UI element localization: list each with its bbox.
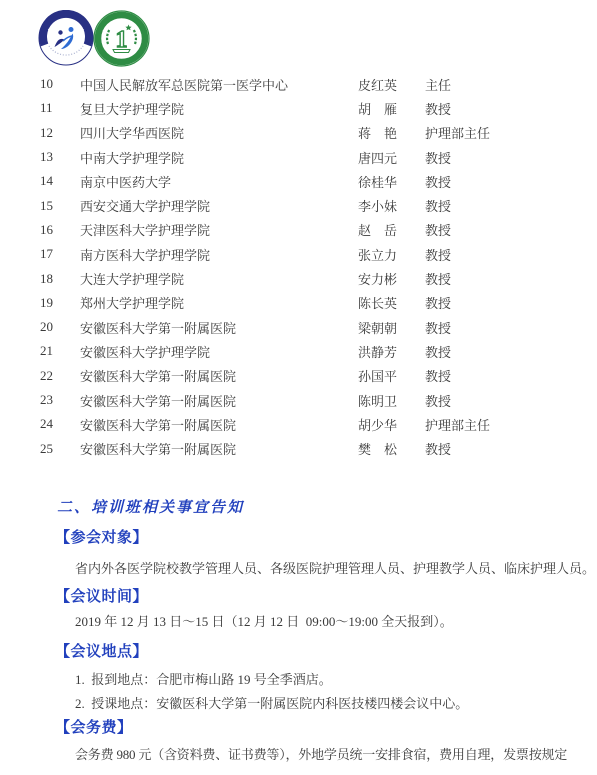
row-number: 14	[40, 173, 80, 189]
table-row: 14 南京中医药大学 徐桂华 教授	[40, 169, 557, 193]
row-number: 18	[40, 271, 80, 287]
meeting-location-item-1: 1. 报到地点：合肥市梅山路 19 号全季酒店。	[75, 669, 332, 688]
experts-table: 10 中国人民解放军总医院第一医学中心 皮红英 主任 11 复旦大学护理学院 胡…	[40, 72, 557, 461]
table-row: 24 安徽医科大学第一附属医院 胡少华 护理部主任	[40, 412, 557, 436]
meeting-time-header: 【会议时间】	[55, 585, 148, 606]
row-institution: 安徽医科大学护理学院	[80, 342, 358, 361]
notice-section-heading: 二、培训班相关事宜告知	[57, 496, 244, 517]
row-person: 胡 雁	[358, 99, 425, 118]
row-title: 教授	[425, 99, 557, 118]
table-row: 13 中南大学护理学院 唐四元 教授	[40, 145, 557, 169]
row-person: 陈明卫	[358, 391, 425, 410]
row-title: 教授	[425, 293, 557, 312]
participants-header: 【参会对象】	[55, 526, 148, 547]
row-title: 教授	[425, 172, 557, 191]
row-title: 教授	[425, 439, 557, 458]
meeting-location-header: 【会议地点】	[55, 640, 148, 661]
table-row: 20 安徽医科大学第一附属医院 梁朝朝 教授	[40, 315, 557, 339]
row-institution: 南方医科大学护理学院	[80, 245, 358, 264]
row-institution: 安徽医科大学第一附属医院	[80, 366, 358, 385]
row-institution: 安徽医科大学第一附属医院	[80, 318, 358, 337]
row-institution: 安徽医科大学第一附属医院	[80, 415, 358, 434]
row-title: 教授	[425, 220, 557, 239]
nursing-college-emblem-icon	[38, 10, 94, 66]
participants-body: 省内外各医学院校教学管理人员、各级医院护理管理人员、护理教学人员、临床护理人员。	[75, 558, 595, 577]
row-institution: 大连大学护理学院	[80, 269, 358, 288]
row-number: 16	[40, 222, 80, 238]
row-person: 张立力	[358, 245, 425, 264]
row-title: 主任	[425, 75, 557, 94]
row-person: 蒋 艳	[358, 123, 425, 142]
row-number: 15	[40, 198, 80, 214]
row-title: 教授	[425, 366, 557, 385]
row-title: 教授	[425, 269, 557, 288]
row-number: 13	[40, 149, 80, 165]
row-institution: 四川大学华西医院	[80, 123, 358, 142]
row-person: 孙国平	[358, 366, 425, 385]
meeting-time-body: 2019 年 12 月 13 日～15 日（12 月 12 日 09:00～19…	[75, 611, 453, 630]
row-number: 20	[40, 319, 80, 335]
row-institution: 复旦大学护理学院	[80, 99, 358, 118]
table-row: 16 天津医科大学护理学院 赵 岳 教授	[40, 218, 557, 242]
row-institution: 中南大学护理学院	[80, 148, 358, 167]
document-page: 1 10 中国人民解放军总医院第一医学中心 皮红英 主任 11 复旦大学护理学院…	[0, 0, 597, 775]
row-person: 李小妹	[358, 196, 425, 215]
row-institution: 安徽医科大学第一附属医院	[80, 439, 358, 458]
table-row: 10 中国人民解放军总医院第一医学中心 皮红英 主任	[40, 72, 557, 96]
row-institution: 南京中医药大学	[80, 172, 358, 191]
row-institution: 郑州大学护理学院	[80, 293, 358, 312]
row-title: 护理部主任	[425, 415, 557, 434]
table-row: 22 安徽医科大学第一附属医院 孙国平 教授	[40, 364, 557, 388]
row-number: 24	[40, 416, 80, 432]
row-person: 赵 岳	[358, 220, 425, 239]
row-institution: 天津医科大学护理学院	[80, 220, 358, 239]
row-number: 17	[40, 246, 80, 262]
table-row: 18 大连大学护理学院 安力彬 教授	[40, 266, 557, 290]
row-title: 教授	[425, 148, 557, 167]
row-institution: 安徽医科大学第一附属医院	[80, 391, 358, 410]
row-title: 护理部主任	[425, 123, 557, 142]
row-person: 唐四元	[358, 148, 425, 167]
row-number: 23	[40, 392, 80, 408]
table-row: 23 安徽医科大学第一附属医院 陈明卫 教授	[40, 388, 557, 412]
row-title: 教授	[425, 391, 557, 410]
row-title: 教授	[425, 196, 557, 215]
row-title: 教授	[425, 318, 557, 337]
row-number: 10	[40, 76, 80, 92]
table-row: 12 四川大学华西医院 蒋 艳 护理部主任	[40, 121, 557, 145]
meeting-location-item-2: 2. 授课地点：安徽医科大学第一附属医院内科医技楼四楼会议中心。	[75, 693, 468, 712]
row-person: 樊 松	[358, 439, 425, 458]
table-row: 11 复旦大学护理学院 胡 雁 教授	[40, 96, 557, 120]
row-number: 25	[40, 441, 80, 457]
row-number: 22	[40, 368, 80, 384]
row-person: 皮红英	[358, 75, 425, 94]
row-person: 陈长英	[358, 293, 425, 312]
row-person: 安力彬	[358, 269, 425, 288]
row-person: 洪静芳	[358, 342, 425, 361]
row-title: 教授	[425, 342, 557, 361]
table-row: 17 南方医科大学护理学院 张立力 教授	[40, 242, 557, 266]
row-title: 教授	[425, 245, 557, 264]
row-number: 11	[40, 100, 80, 116]
row-number: 21	[40, 343, 80, 359]
row-institution: 中国人民解放军总医院第一医学中心	[80, 75, 358, 94]
table-row: 21 安徽医科大学护理学院 洪静芳 教授	[40, 339, 557, 363]
table-row: 15 西安交通大学护理学院 李小妹 教授	[40, 193, 557, 217]
row-person: 梁朝朝	[358, 318, 425, 337]
row-person: 徐桂华	[358, 172, 425, 191]
row-number: 12	[40, 125, 80, 141]
row-number: 19	[40, 295, 80, 311]
row-institution: 西安交通大学护理学院	[80, 196, 358, 215]
fee-header: 【会务费】	[55, 716, 133, 737]
table-row: 19 郑州大学护理学院 陈长英 教授	[40, 291, 557, 315]
first-affiliated-hospital-emblem-icon: 1	[93, 10, 150, 67]
table-row: 25 安徽医科大学第一附属医院 樊 松 教授	[40, 436, 557, 460]
row-person: 胡少华	[358, 415, 425, 434]
fee-body: 会务费 980 元（含资料费、证书费等），外地学员统一安排食宿，费用自理，发票按…	[75, 744, 567, 763]
